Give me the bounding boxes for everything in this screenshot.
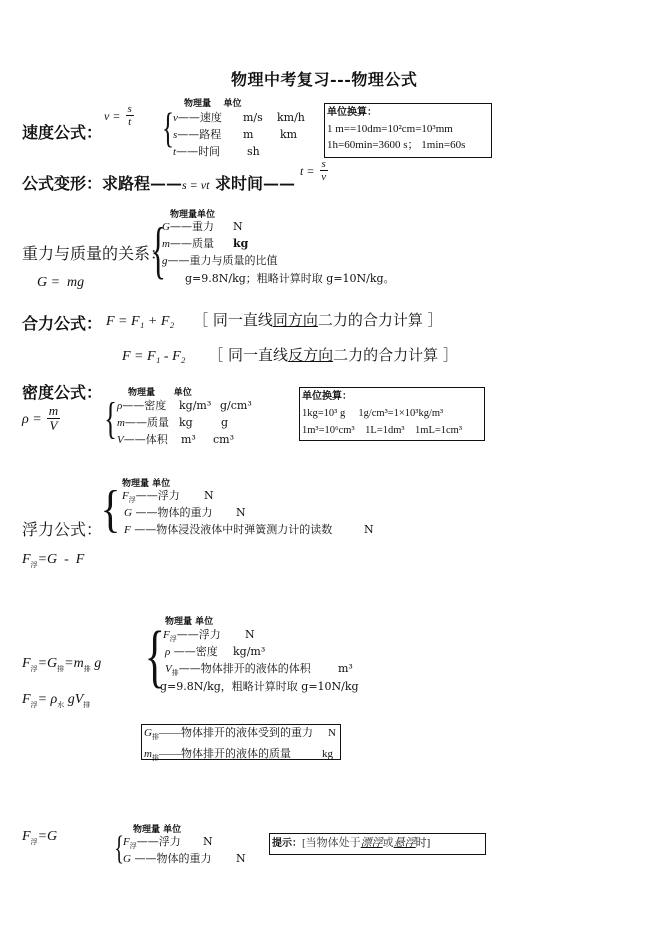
gravity-item-weight: G——重力 N <box>162 219 214 235</box>
speed-heading: 速度公式： <box>22 120 102 143</box>
floating-tip-box: 提示：[当物体处于漂浮或悬浮时] <box>269 833 486 855</box>
gravity-item-ratio: g——重力与质量的比值 <box>162 253 278 269</box>
density-item-volume: V——体积 m³ cm³ <box>117 432 168 448</box>
resultant-heading: 合力公式： <box>22 311 102 334</box>
buoyancy2-formula-density: F浮= ρ水 gV排 <box>22 692 90 710</box>
resultant-row-opposite-direction: F = F₁ - F₂ ［ 同一直线反方向二力的合力计算 ］ <box>122 344 458 365</box>
speed-item-time: t——时间 sh <box>173 144 220 160</box>
density-unit-conversion-box: 单位换算： 1kg=10³ g 1g/cm³=1×10³kg/m³ 1m³=10… <box>299 387 485 441</box>
buoyancy2-note: g=9.8N/kg，粗略计算时取 g=10N/kg <box>160 679 359 695</box>
buoyancy1-item-weight: G ——物体的重力 N <box>124 505 212 521</box>
density-item-density: ρ——密度 kg/m³ g/cm³ <box>117 398 166 414</box>
buoyancy2-item-density: ρ ——密度 kg/m³ <box>165 644 218 660</box>
density-heading: 密度公式： <box>22 380 102 403</box>
brace-icon: { <box>104 397 117 441</box>
buoyancy3-formula-floating: F浮=G <box>22 829 57 847</box>
resultant-row-same-direction: F = F₁ + F₂ ［ 同一直线同方向二力的合力计算 ］ <box>106 309 443 330</box>
speed-table-header: 物理量 单位 <box>184 96 242 109</box>
density-item-mass: m——质量 kg g <box>117 415 169 431</box>
brace-icon: { <box>100 484 120 536</box>
time-formula: t = sv <box>300 158 328 183</box>
gravity-formula: G = mg <box>37 275 84 291</box>
buoyancy3-item-weight: G ——物体的重力 N <box>123 851 211 867</box>
speed-item-velocity: v——速度 m/s km/h <box>173 110 222 126</box>
buoyancy1-formula: F浮=G - F <box>22 552 84 570</box>
speed-formula: v = st <box>104 103 134 128</box>
speed-item-distance: s——路程 m km <box>173 127 221 143</box>
gravity-item-mass: m——质量 kg <box>162 236 214 252</box>
displaced-weight-row: G排——物体排开的液体受到的重力 N <box>142 725 340 746</box>
buoyancy2-table-header: 物理量 单位 <box>165 614 213 627</box>
buoyancy1-item-scale-reading: F ——物体浸没液体中时弹簧测力计的读数 N <box>124 522 332 538</box>
displaced-liquid-box: G排——物体排开的液体受到的重力 N m排——物体排开的液体的质量 kg <box>141 724 341 760</box>
density-table-header: 物理量 单位 <box>128 385 192 398</box>
gravity-note: g=9.8N/kg；粗略计算时取 g=10N/kg。 <box>185 271 395 287</box>
buoyancy-heading: 浮力公式： <box>22 517 102 540</box>
buoyancy2-formula-archimedes: F浮=G排=m排 g <box>22 656 101 674</box>
transform-heading: 公式变形：求路程——s = vt 求时间—— <box>22 171 295 194</box>
displaced-mass-row: m排——物体排开的液体的质量 kg <box>142 746 340 767</box>
page-title: 物理中考复习---物理公式 <box>231 67 417 90</box>
gravity-heading: 重力与质量的关系： <box>22 241 166 264</box>
speed-unit-conversion-box: 单位换算： 1 m==10dm=10²cm=10³mm 1h=60min=360… <box>324 103 492 158</box>
density-formula: ρ = mV <box>22 404 60 433</box>
